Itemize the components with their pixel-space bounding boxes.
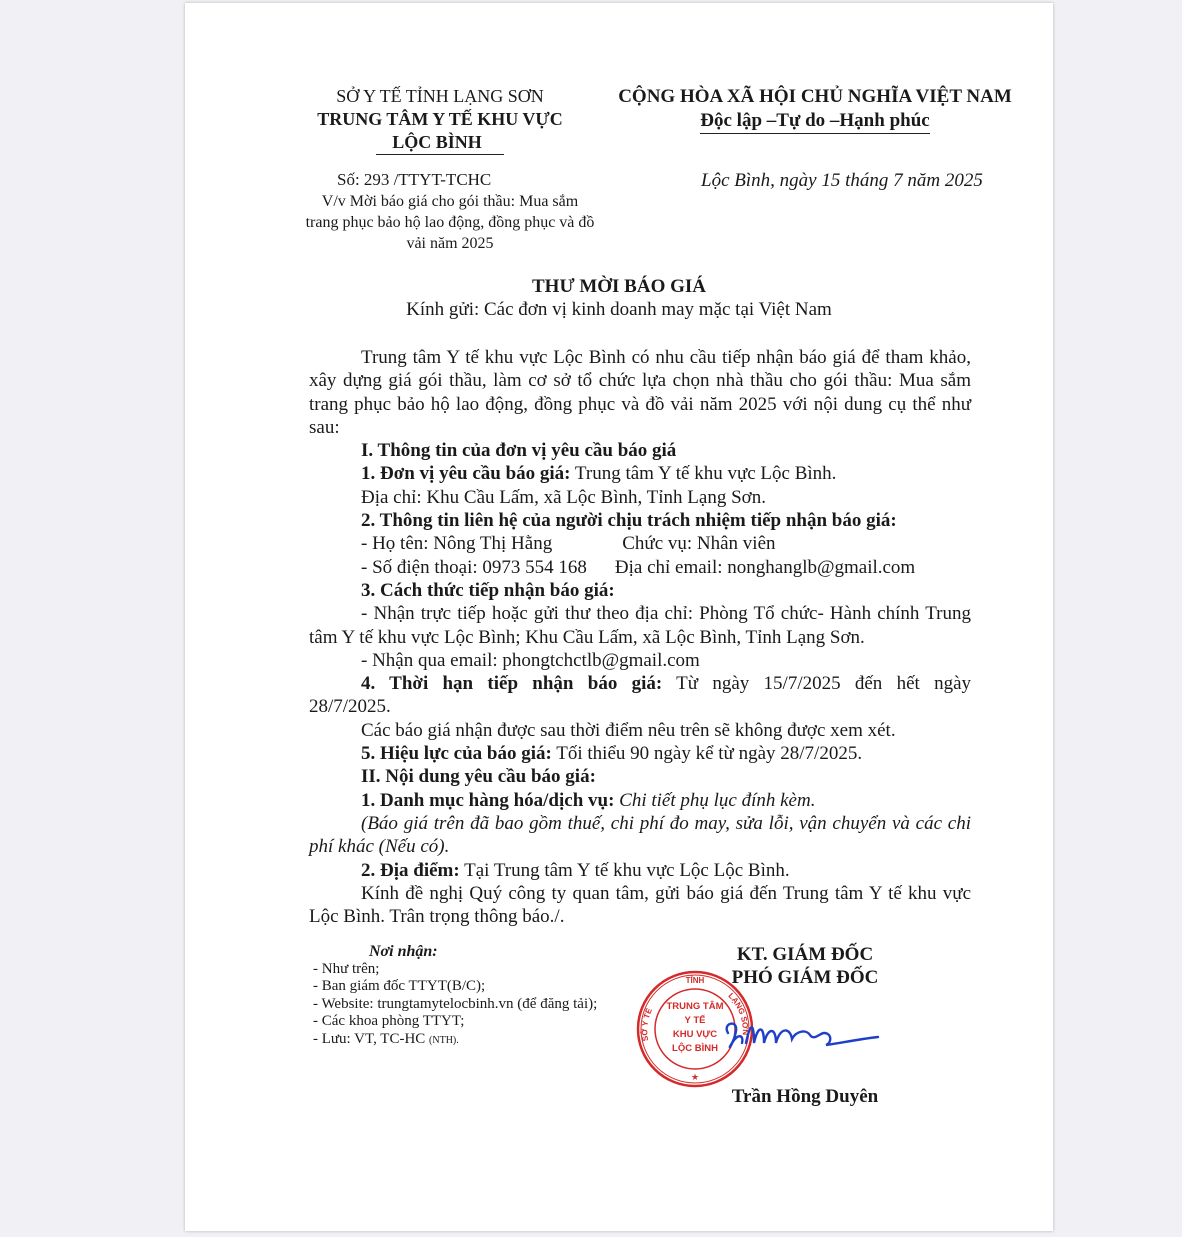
recipient-item: - Website: trungtamytelocbinh.vn (để đăn…: [313, 996, 597, 1014]
price-note: (Báo giá trên đã bao gồm thuế, chi phí đ…: [309, 812, 971, 859]
document-date: Lộc Bình, ngày 15 tháng 7 năm 2025: [701, 170, 983, 192]
section-1-heading: I. Thông tin của đơn vị yêu cầu báo giá: [309, 439, 971, 462]
recipients-block: Nơi nhận: - Như trên; - Ban giám đốc TTY…: [313, 943, 597, 1049]
late-note: Các báo giá nhận được sau thời điểm nêu …: [309, 719, 971, 742]
document-body: Trung tâm Y tế khu vực Lộc Bình có nhu c…: [309, 346, 971, 928]
document-number: Số: 293 /TTYT-TCHC: [337, 170, 491, 190]
recipient-item: - Lưu: VT, TC-HC (NTH).: [313, 1031, 597, 1050]
receive-method-heading: 3. Cách thức tiếp nhận báo giá:: [309, 579, 971, 602]
validity-value: Tối thiểu 90 ngày kể từ ngày 28/7/2025.: [552, 743, 862, 764]
contact-heading: 2. Thông tin liên hệ của người chịu trác…: [309, 509, 971, 532]
requester-value: Trung tâm Y tế khu vực Lộc Bình.: [571, 463, 837, 484]
svg-text:TRUNG TÂM: TRUNG TÂM: [667, 1000, 724, 1012]
closing-paragraph: Kính đề nghị Quý công ty quan tâm, gửi b…: [309, 882, 971, 929]
receive-direct: - Nhận trực tiếp hoặc gửi thư theo địa c…: [309, 602, 971, 649]
contact-phone-line: - Số điện thoại: 0973 554 168Địa chỉ ema…: [309, 556, 971, 579]
issuer-name: TRUNG TÂM Y TẾ KHU VỰC: [290, 108, 590, 131]
issuer-location: LỘC BÌNH: [376, 131, 504, 155]
national-header: CỘNG HÒA XÃ HỘI CHỦ NGHĨA VIỆT NAM Độc l…: [595, 85, 1035, 134]
svg-text:LỘC BÌNH: LỘC BÌNH: [672, 1042, 718, 1054]
receive-email: - Nhận qua email: phongtchctlb@gmail.com: [309, 649, 971, 672]
goods-value: Chi tiết phụ lục đính kèm.: [614, 790, 815, 811]
contact-name-line: - Họ tên: Nông Thị HằngChức vụ: Nhân viê…: [309, 532, 971, 555]
recipient-item: - Các khoa phòng TTYT;: [313, 1013, 597, 1031]
salutation: Kính gửi: Các đơn vị kinh doanh may mặc …: [185, 299, 1053, 321]
signature-title-line1: KT. GIÁM ĐỐC: [705, 943, 905, 966]
contact-email[interactable]: Địa chỉ email: nonghanglb@gmail.com: [615, 557, 915, 578]
recipient-item: - Như trên;: [313, 961, 597, 979]
validity-line: 5. Hiệu lực của báo giá: Tối thiểu 90 ng…: [309, 742, 971, 765]
requester-line: 1. Đơn vị yêu cầu báo giá: Trung tâm Y t…: [309, 462, 971, 485]
handwritten-signature-icon: [720, 1003, 890, 1063]
section-2-heading: II. Nội dung yêu cầu báo giá:: [309, 765, 971, 788]
contact-position: Chức vụ: Nhân viên: [622, 533, 775, 554]
contact-name: - Họ tên: Nông Thị Hằng: [361, 533, 552, 554]
goods-label: 1. Danh mục hàng hóa/dịch vụ:: [361, 790, 614, 811]
document-page: SỞ Y TẾ TỈNH LẠNG SƠN TRUNG TÂM Y TẾ KHU…: [185, 3, 1053, 1231]
svg-text:Y TẾ: Y TẾ: [685, 1015, 706, 1026]
document-subject: V/v Mời báo giá cho gói thầu: Mua sắm tr…: [305, 191, 595, 254]
recipient-item: - Ban giám đốc TTYT(B/C);: [313, 978, 597, 996]
intro-paragraph: Trung tâm Y tế khu vực Lộc Bình có nhu c…: [309, 346, 971, 439]
national-title: CỘNG HÒA XÃ HỘI CHỦ NGHĨA VIỆT NAM: [595, 85, 1035, 109]
svg-text:TỈNH: TỈNH: [686, 976, 705, 985]
validity-label: 5. Hiệu lực của báo giá:: [361, 743, 552, 764]
svg-text:★: ★: [691, 1072, 699, 1082]
deadline-label: 4. Thời hạn tiếp nhận báo giá:: [361, 673, 662, 694]
contact-phone: - Số điện thoại: 0973 554 168: [361, 557, 587, 578]
address-line: Địa chỉ: Khu Cầu Lấm, xã Lộc Bình, Tỉnh …: [309, 486, 971, 509]
location-value: Tại Trung tâm Y tế khu vực Lộc Lộc Bình.: [460, 860, 790, 881]
location-label: 2. Địa điểm:: [361, 860, 460, 881]
svg-text:KHU VỰC: KHU VỰC: [673, 1029, 717, 1040]
svg-text:SỞ Y TẾ: SỞ Y TẾ: [640, 1006, 654, 1042]
signer-name: Trần Hồng Duyên: [705, 1086, 905, 1108]
goods-line: 1. Danh mục hàng hóa/dịch vụ: Chi tiết p…: [309, 789, 971, 812]
deadline-line: 4. Thời hạn tiếp nhận báo giá: Từ ngày 1…: [309, 672, 971, 719]
issuer-department: SỞ Y TẾ TỈNH LẠNG SƠN: [290, 85, 590, 108]
recipients-heading: Nơi nhận:: [313, 943, 597, 961]
document-title: THƯ MỜI BÁO GIÁ: [185, 276, 1053, 298]
requester-label: 1. Đơn vị yêu cầu báo giá:: [361, 463, 571, 484]
national-motto: Độc lập –Tự do –Hạnh phúc: [700, 109, 929, 134]
location-line: 2. Địa điểm: Tại Trung tâm Y tế khu vực …: [309, 859, 971, 882]
issuer-header: SỞ Y TẾ TỈNH LẠNG SƠN TRUNG TÂM Y TẾ KHU…: [290, 85, 590, 155]
